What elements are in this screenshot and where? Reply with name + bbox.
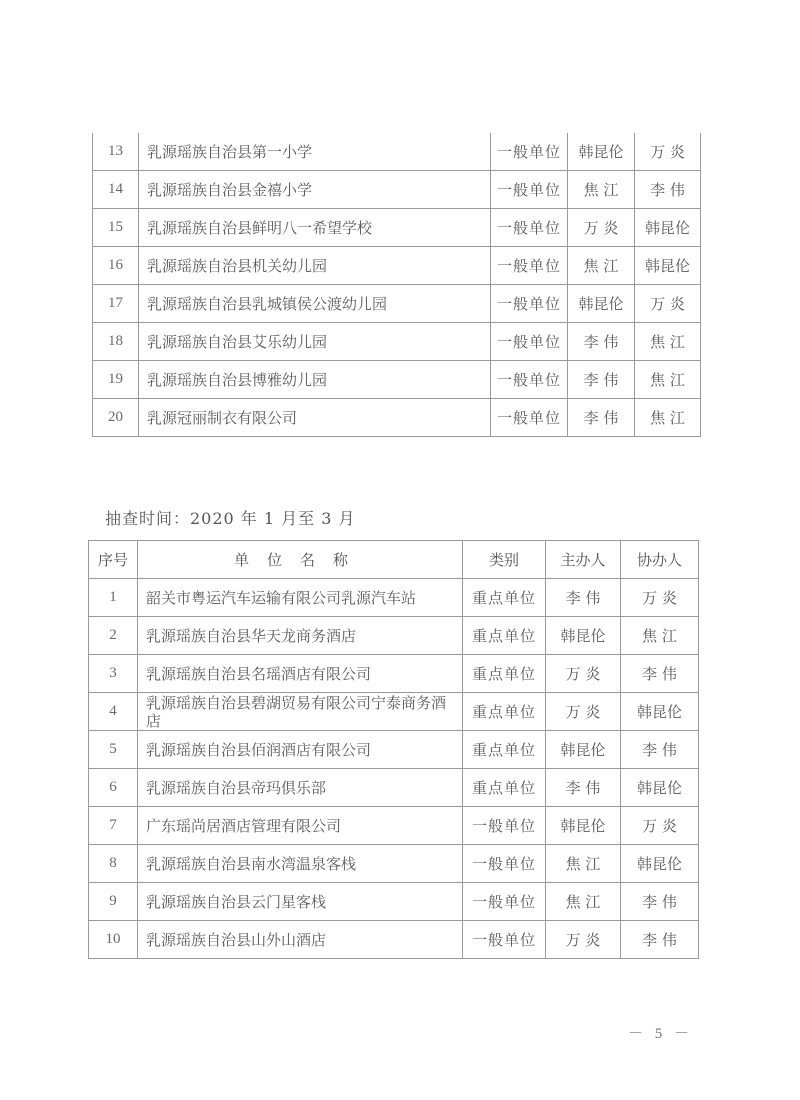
table-row: 9乳源瑶族自治县云门星客栈一般单位焦 江李 伟 (89, 883, 699, 921)
unit-category: 重点单位 (463, 579, 546, 617)
inspection-table-continued: 13乳源瑶族自治县第一小学一般单位韩昆伦万 炎14乳源瑶族自治县金禧小学一般单位… (92, 133, 701, 437)
lead-officer: 李 伟 (568, 323, 635, 361)
unit-name: 乳源瑶族自治县艾乐幼儿园 (139, 323, 491, 361)
unit-category: 一般单位 (491, 209, 568, 247)
lead-officer: 万 炎 (568, 209, 635, 247)
unit-name: 乳源瑶族自治县金禧小学 (139, 171, 491, 209)
table-row: 6乳源瑶族自治县帝玛俱乐部重点单位李 伟韩昆伦 (89, 769, 699, 807)
lead-officer: 韩昆伦 (568, 285, 635, 323)
row-number: 17 (93, 285, 139, 323)
unit-category: 一般单位 (491, 285, 568, 323)
assist-officer: 李 伟 (635, 171, 701, 209)
unit-name: 乳源瑶族自治县第一小学 (139, 133, 491, 171)
row-number: 5 (89, 731, 138, 769)
lead-officer: 韩昆伦 (546, 731, 621, 769)
assist-officer: 李 伟 (621, 921, 699, 959)
assist-officer: 焦 江 (635, 361, 701, 399)
table-row: 1韶关市粤运汽车运输有限公司乳源汽车站重点单位李 伟万 炎 (89, 579, 699, 617)
row-number: 15 (93, 209, 139, 247)
table-row: 19乳源瑶族自治县博雅幼儿园一般单位李 伟焦 江 (93, 361, 701, 399)
unit-name: 乳源瑶族自治县乳城镇侯公渡幼儿园 (139, 285, 491, 323)
assist-officer: 万 炎 (621, 807, 699, 845)
row-number: 10 (89, 921, 138, 959)
row-number: 4 (89, 693, 138, 731)
row-number: 20 (93, 399, 139, 437)
lead-officer: 李 伟 (546, 769, 621, 807)
unit-category: 一般单位 (491, 247, 568, 285)
assist-officer: 李 伟 (621, 731, 699, 769)
lead-officer: 韩昆伦 (568, 133, 635, 171)
unit-name: 乳源瑶族自治县山外山酒店 (138, 921, 463, 959)
table-header-row: 序号 单位名称 类别 主办人 协办人 (89, 541, 699, 579)
unit-name: 乳源瑶族自治县南水湾温泉客栈 (138, 845, 463, 883)
table-row: 18乳源瑶族自治县艾乐幼儿园一般单位李 伟焦 江 (93, 323, 701, 361)
unit-category: 一般单位 (463, 807, 546, 845)
header-category: 类别 (463, 541, 546, 579)
table-row: 15乳源瑶族自治县鲜明八一希望学校一般单位万 炎韩昆伦 (93, 209, 701, 247)
unit-name: 乳源瑶族自治县博雅幼儿园 (139, 361, 491, 399)
inspection-table: 序号 单位名称 类别 主办人 协办人 1韶关市粤运汽车运输有限公司乳源汽车站重点… (88, 540, 699, 959)
unit-category: 一般单位 (463, 883, 546, 921)
table-row: 3乳源瑶族自治县名瑶酒店有限公司重点单位万 炎李 伟 (89, 655, 699, 693)
unit-category: 重点单位 (463, 693, 546, 731)
row-number: 16 (93, 247, 139, 285)
unit-name: 乳源瑶族自治县鲜明八一希望学校 (139, 209, 491, 247)
spot-check-period: 抽查时间：2020 年 1 月至 3 月 (105, 506, 356, 529)
row-number: 18 (93, 323, 139, 361)
lead-officer: 万 炎 (546, 693, 621, 731)
unit-name: 乳源瑶族自治县云门星客栈 (138, 883, 463, 921)
assist-officer: 韩昆伦 (621, 845, 699, 883)
assist-officer: 李 伟 (621, 655, 699, 693)
unit-category: 一般单位 (491, 361, 568, 399)
table-row: 13乳源瑶族自治县第一小学一般单位韩昆伦万 炎 (93, 133, 701, 171)
unit-name: 乳源瑶族自治县佰润酒店有限公司 (138, 731, 463, 769)
header-unit-name: 单位名称 (138, 541, 463, 579)
row-number: 7 (89, 807, 138, 845)
unit-category: 一般单位 (463, 921, 546, 959)
assist-officer: 李 伟 (621, 883, 699, 921)
unit-category: 重点单位 (463, 731, 546, 769)
row-number: 19 (93, 361, 139, 399)
lead-officer: 万 炎 (546, 655, 621, 693)
assist-officer: 万 炎 (635, 285, 701, 323)
header-no: 序号 (89, 541, 138, 579)
unit-name: 乳源瑶族自治县碧湖贸易有限公司宁泰商务酒店 (138, 693, 463, 731)
row-number: 6 (89, 769, 138, 807)
lead-officer: 焦 江 (546, 883, 621, 921)
unit-name: 乳源冠丽制衣有限公司 (139, 399, 491, 437)
table-row: 7广东瑶尚居酒店管理有限公司一般单位韩昆伦万 炎 (89, 807, 699, 845)
assist-officer: 焦 江 (635, 323, 701, 361)
lead-officer: 焦 江 (546, 845, 621, 883)
assist-officer: 韩昆伦 (621, 693, 699, 731)
assist-officer: 万 炎 (621, 579, 699, 617)
table-row: 8乳源瑶族自治县南水湾温泉客栈一般单位焦 江韩昆伦 (89, 845, 699, 883)
table-row: 16乳源瑶族自治县机关幼儿园一般单位焦 江韩昆伦 (93, 247, 701, 285)
lead-officer: 李 伟 (546, 579, 621, 617)
table-row: 14乳源瑶族自治县金禧小学一般单位焦 江李 伟 (93, 171, 701, 209)
table-row: 20乳源冠丽制衣有限公司一般单位李 伟焦 江 (93, 399, 701, 437)
unit-category: 一般单位 (463, 845, 546, 883)
row-number: 8 (89, 845, 138, 883)
lead-officer: 李 伟 (568, 361, 635, 399)
unit-name: 乳源瑶族自治县华天龙商务酒店 (138, 617, 463, 655)
lead-officer: 焦 江 (568, 247, 635, 285)
unit-category: 一般单位 (491, 323, 568, 361)
unit-name: 乳源瑶族自治县名瑶酒店有限公司 (138, 655, 463, 693)
unit-category: 重点单位 (463, 769, 546, 807)
page-number: － 5 － (628, 1022, 693, 1043)
assist-officer: 韩昆伦 (635, 247, 701, 285)
unit-category: 一般单位 (491, 171, 568, 209)
unit-name: 韶关市粤运汽车运输有限公司乳源汽车站 (138, 579, 463, 617)
lead-officer: 李 伟 (568, 399, 635, 437)
assist-officer: 韩昆伦 (635, 209, 701, 247)
lead-officer: 万 炎 (546, 921, 621, 959)
header-assist: 协办人 (621, 541, 699, 579)
unit-category: 一般单位 (491, 399, 568, 437)
row-number: 9 (89, 883, 138, 921)
lead-officer: 焦 江 (568, 171, 635, 209)
table-row: 5乳源瑶族自治县佰润酒店有限公司重点单位韩昆伦李 伟 (89, 731, 699, 769)
row-number: 14 (93, 171, 139, 209)
row-number: 1 (89, 579, 138, 617)
assist-officer: 焦 江 (621, 617, 699, 655)
unit-name: 乳源瑶族自治县机关幼儿园 (139, 247, 491, 285)
lead-officer: 韩昆伦 (546, 807, 621, 845)
assist-officer: 万 炎 (635, 133, 701, 171)
table-row: 4乳源瑶族自治县碧湖贸易有限公司宁泰商务酒店重点单位万 炎韩昆伦 (89, 693, 699, 731)
table-row: 10乳源瑶族自治县山外山酒店一般单位万 炎李 伟 (89, 921, 699, 959)
assist-officer: 韩昆伦 (621, 769, 699, 807)
unit-category: 重点单位 (463, 655, 546, 693)
row-number: 3 (89, 655, 138, 693)
unit-category: 重点单位 (463, 617, 546, 655)
unit-name: 广东瑶尚居酒店管理有限公司 (138, 807, 463, 845)
unit-name: 乳源瑶族自治县帝玛俱乐部 (138, 769, 463, 807)
unit-category: 一般单位 (491, 133, 568, 171)
header-lead: 主办人 (546, 541, 621, 579)
row-number: 2 (89, 617, 138, 655)
assist-officer: 焦 江 (635, 399, 701, 437)
table-row: 17乳源瑶族自治县乳城镇侯公渡幼儿园一般单位韩昆伦万 炎 (93, 285, 701, 323)
row-number: 13 (93, 133, 139, 171)
lead-officer: 韩昆伦 (546, 617, 621, 655)
table-row: 2乳源瑶族自治县华天龙商务酒店重点单位韩昆伦焦 江 (89, 617, 699, 655)
